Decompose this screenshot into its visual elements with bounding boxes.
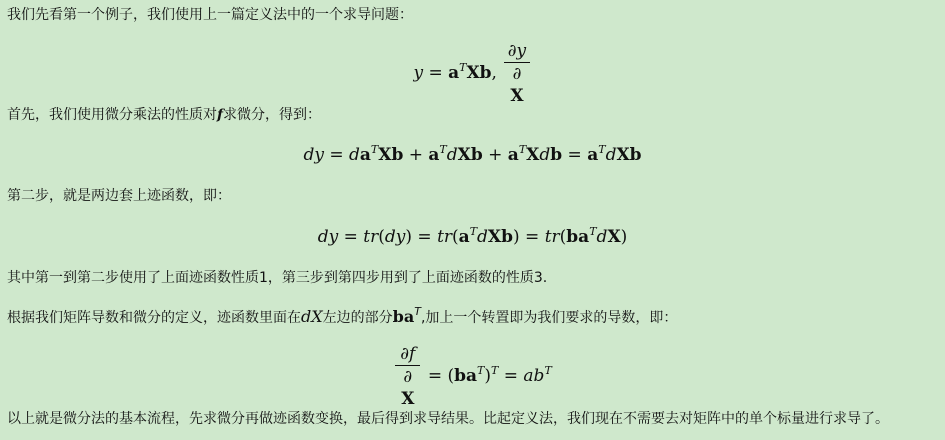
paragraph-differential: 首先，我们使用微分乘法的性质对f求微分，得到： [7,105,321,125]
equation-result: ∂f∂X = (baT)T = abT [0,343,945,410]
paragraph-definition: 根据我们矩阵导数和微分的定义，迹函数里面在dX左边的部分baT,加上一个转置即为… [7,307,677,328]
paragraph-intro: 我们先看第一个例子，我们使用上一篇定义法中的一个求导问题： [7,5,413,25]
equation-problem: y = aTXb, ∂y∂X [0,40,945,107]
paragraph-summary: 以上就是微分法的基本流程，先求微分再做迹函数变换，最后得到求导结果。比起定义法，… [7,409,889,429]
paragraph-step2: 第二步，就是两边套上迹函数，即： [7,186,231,206]
equation-differential: dy = daTXb + aTdXb + aTXdb = aTdXb [0,145,945,165]
equation-trace: dy = tr(dy) = tr(aTdXb) = tr(baTdX) [0,227,945,247]
paragraph-trace-props: 其中第一到第二步使用了上面迹函数性质1，第三步到第四步用到了上面迹函数的性质3. [7,268,547,288]
